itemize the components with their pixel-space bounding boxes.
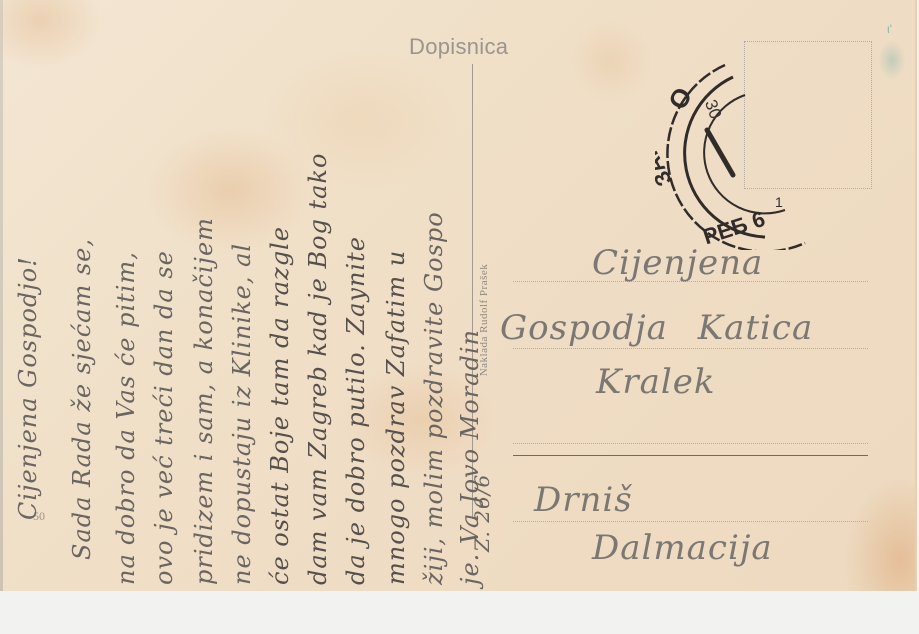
message-line: ne dopustaju iz Klinike, al <box>228 243 256 585</box>
postcard-title: Dopisnica <box>409 34 508 60</box>
message-line: Sada Rada že sjećam se, <box>68 238 96 560</box>
message-line: ovo je već treći dan da se <box>150 250 178 585</box>
message-date: Z. 26/6 <box>470 474 494 552</box>
address-line-3 <box>513 443 868 444</box>
message-line: pridizem i sam, a konačijem <box>190 217 218 585</box>
address-salutation: Cijenjena <box>592 243 763 283</box>
address-line-4 <box>513 521 868 522</box>
message-line: žiji, molim pozdravite Gospo <box>420 211 448 585</box>
address-region: Dalmacija <box>592 528 773 568</box>
corner-mark: ι' <box>887 22 892 36</box>
address-surname: Kralek <box>596 362 716 402</box>
message-line: da je dobro putilo. Zaynite <box>342 236 370 585</box>
postcard-back: Dopisnica Naklada Rudolf Prašek 50 ι' O … <box>0 0 917 591</box>
postmark-icon: O 30 ЗАГ РЕБ 6 1 <box>655 55 820 250</box>
svg-text:1: 1 <box>775 194 783 210</box>
message-line: mnogo pozdrav Zafatim u <box>382 250 410 585</box>
address-name: Gospodja Katica <box>500 308 813 348</box>
message-line: Cijenjena Gospodjo! <box>14 256 42 520</box>
address-town: Drniš <box>534 480 633 520</box>
message-line: na dobro da Vas će pitim, <box>112 251 140 585</box>
address-line-separator <box>513 455 868 456</box>
address-line-2 <box>513 348 868 349</box>
svg-text:ЗАГ: ЗАГ <box>655 141 677 190</box>
message-line: dam vam Zagreb kad je Bog tako <box>304 153 332 585</box>
message-line: će ostat Boje tam da razgle <box>266 226 294 585</box>
corner-stain <box>878 40 906 80</box>
